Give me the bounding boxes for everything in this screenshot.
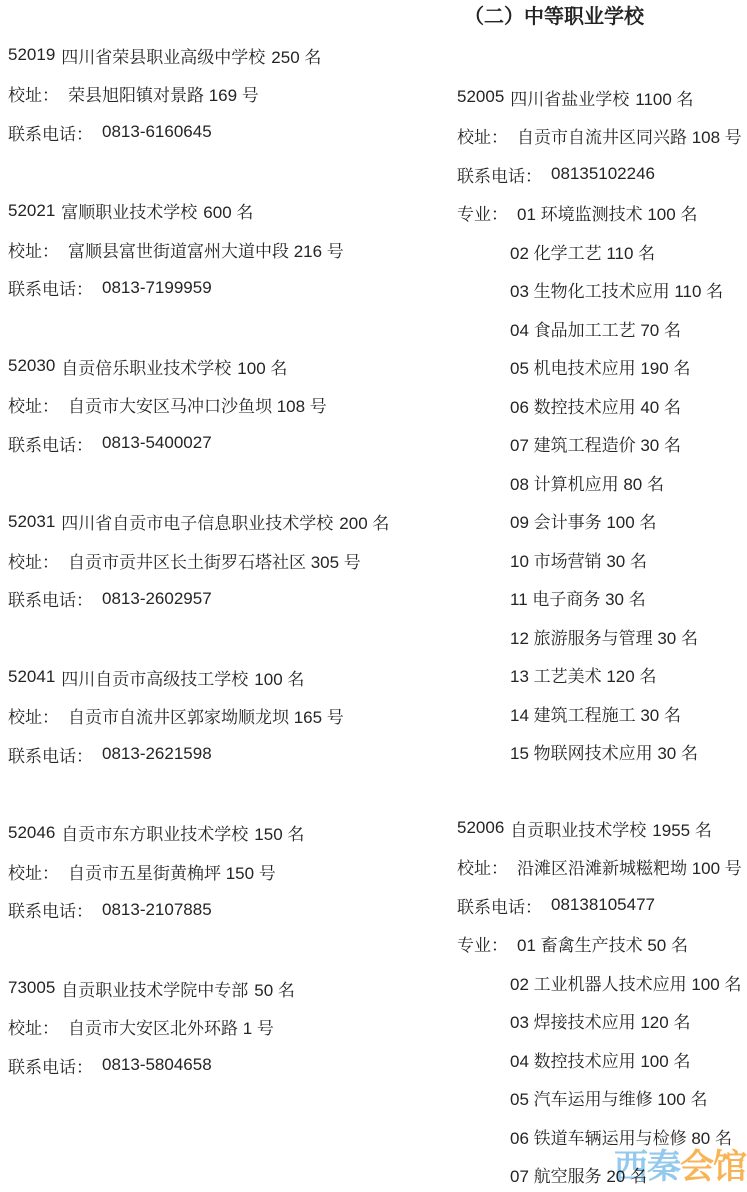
school-major-line: 14 建筑工程施工 30 名 [457,694,747,733]
address-label: 校址： [457,854,508,879]
phone-label: 联系电话： [8,431,93,456]
school-major-line: 04 食品加工工艺 70 名 [457,309,747,348]
majors-label: 专业： [457,200,508,225]
major-item: 05 汽车运用与维修 100 名 [510,1085,707,1110]
address-label: 校址： [8,548,59,573]
major-item: 05 机电技术应用 190 名 [510,354,690,379]
major-item: 04 食品加工工艺 70 名 [510,316,681,341]
school-code: 73005 [8,978,55,998]
phone-label: 联系电话： [8,120,93,145]
school-major-line: 08 计算机应用 80 名 [457,463,747,502]
school-phone: 0813-2602957 [102,589,212,609]
school-quota: 250 名 [271,43,321,68]
school-phone: 0813-6160645 [102,122,212,142]
document-page: （二）中等职业学校 52019四川省荣县职业高级中学校250 名校址：荣县旭阳镇… [0,0,747,1192]
school-block: 52005四川省盐业学校1100 名校址：自贡市自流井区同兴路 108 号联系电… [457,78,747,771]
school-phone: 0813-2107885 [102,900,212,920]
school-address-line: 校址：富顺县富世街道富州大道中段 216 号 [8,230,458,269]
school-block: 52021富顺职业技术学校600 名校址：富顺县富世街道富州大道中段 216 号… [8,192,458,308]
school-major-line: 07 建筑工程造价 30 名 [457,425,747,464]
major-item: 10 市场营销 30 名 [510,547,647,572]
school-header-line: 52005四川省盐业学校1100 名 [457,78,747,117]
major-item: 01 畜禽生产技术 50 名 [517,931,688,956]
school-major-line: 15 物联网技术应用 30 名 [457,733,747,772]
school-majors-line: 专业：01 环境监测技术 100 名 [457,194,747,233]
school-header-line: 73005自贡职业技术学院中专部50 名 [8,969,458,1008]
school-major-line: 05 机电技术应用 190 名 [457,348,747,387]
major-item: 08 计算机应用 80 名 [510,470,664,495]
school-name: 四川省自贡市电子信息职业技术学校 [61,509,333,534]
school-major-line: 03 生物化工技术应用 110 名 [457,271,747,310]
school-code: 52021 [8,201,55,221]
school-phone-line: 联系电话：0813-7199959 [8,269,458,308]
school-phone: 0813-5804658 [102,1055,212,1075]
school-major-line: 03 焊接技术应用 120 名 [457,1002,747,1041]
majors-label: 专业： [457,931,508,956]
address-label: 校址： [8,1014,59,1039]
phone-label: 联系电话： [8,275,93,300]
school-name: 自贡市东方职业技术学校 [61,820,248,845]
address-label: 校址： [8,703,59,728]
school-major-line: 13 工艺美术 120 名 [457,656,747,695]
school-address-line: 校址：自贡市大安区马冲口沙鱼坝 108 号 [8,386,458,425]
left-column: 52019四川省荣县职业高级中学校250 名校址：荣县旭阳镇对景路 169 号联… [8,36,458,1085]
school-phone-line: 联系电话：0813-6160645 [8,113,458,152]
school-header-line: 52046自贡市东方职业技术学校150 名 [8,814,458,853]
major-item: 14 建筑工程施工 30 名 [510,701,681,726]
school-address-line: 校址：自贡市五星街黄桷坪 150 号 [8,852,458,891]
phone-label: 联系电话： [8,1053,93,1078]
school-phone-line: 联系电话：08135102246 [457,155,747,194]
section-title: （二）中等职业学校 [464,1,644,33]
school-phone: 0813-5400027 [102,433,212,453]
major-item: 04 数控技术应用 100 名 [510,1047,690,1072]
phone-label: 联系电话： [8,742,93,767]
school-address: 自贡市五星街黄桷坪 150 号 [68,859,276,884]
school-block: 52030自贡倍乐职业技术学校100 名校址：自贡市大安区马冲口沙鱼坝 108 … [8,347,458,463]
major-item: 06 铁道车辆运用与检修 80 名 [510,1124,732,1149]
school-block: 73005自贡职业技术学院中专部50 名校址：自贡市大安区北外环路 1 号联系电… [8,969,458,1085]
school-code: 52019 [8,45,55,65]
phone-label: 联系电话： [457,162,542,187]
school-block: 52041四川自贡市高级技工学校100 名校址：自贡市自流井区郭家坳顺龙坝 16… [8,658,458,774]
school-quota: 600 名 [203,198,253,223]
school-address: 沿滩区沿滩新城糍粑坳 100 号 [517,854,742,879]
school-address-line: 校址：自贡市贡井区长土街罗石塔社区 305 号 [8,541,458,580]
school-name: 富顺职业技术学校 [61,198,197,223]
school-address-line: 校址：自贡市自流井区同兴路 108 号 [457,117,747,156]
school-name: 自贡职业技术学校 [510,816,646,841]
school-major-line: 11 电子商务 30 名 [457,579,747,618]
school-major-line: 02 工业机器人技术应用 100 名 [457,963,747,1002]
school-quota: 200 名 [339,509,389,534]
school-code: 52046 [8,823,55,843]
school-address: 富顺县富世街道富州大道中段 216 号 [68,237,344,262]
school-name: 四川省盐业学校 [510,85,629,110]
major-item: 03 生物化工技术应用 110 名 [510,277,723,302]
school-address: 自贡市自流井区同兴路 108 号 [517,123,742,148]
school-name: 自贡倍乐职业技术学校 [61,354,231,379]
school-phone-line: 联系电话：0813-2107885 [8,891,458,930]
school-phone-line: 联系电话：0813-2621598 [8,735,458,774]
school-major-line: 04 数控技术应用 100 名 [457,1040,747,1079]
school-address: 自贡市贡井区长土街罗石塔社区 305 号 [68,548,361,573]
school-phone-line: 联系电话：0813-5804658 [8,1046,458,1085]
school-name: 四川自贡市高级技工学校 [61,665,248,690]
school-phone: 0813-7199959 [102,278,212,298]
school-name: 自贡职业技术学院中专部 [61,976,248,1001]
school-address: 自贡市大安区马冲口沙鱼坝 108 号 [68,392,327,417]
address-label: 校址： [457,123,508,148]
school-phone: 0813-2621598 [102,744,212,764]
school-quota: 1100 名 [635,85,693,110]
school-code: 52031 [8,512,55,532]
phone-label: 联系电话： [8,897,93,922]
school-code: 52005 [457,87,504,107]
school-phone-line: 联系电话：0813-5400027 [8,424,458,463]
school-major-line: 06 数控技术应用 40 名 [457,386,747,425]
school-block: 52019四川省荣县职业高级中学校250 名校址：荣县旭阳镇对景路 169 号联… [8,36,458,152]
major-item: 09 会计事务 100 名 [510,508,656,533]
watermark: 西秦会馆 [614,1150,746,1184]
school-block: 52031四川省自贡市电子信息职业技术学校200 名校址：自贡市贡井区长土街罗石… [8,503,458,619]
phone-label: 联系电话： [457,893,542,918]
major-item: 06 数控技术应用 40 名 [510,393,681,418]
school-header-line: 52030自贡倍乐职业技术学校100 名 [8,347,458,386]
major-item: 13 工艺美术 120 名 [510,662,656,687]
phone-label: 联系电话： [8,586,93,611]
school-block: 52046自贡市东方职业技术学校150 名校址：自贡市五星街黄桷坪 150 号联… [8,814,458,930]
address-label: 校址： [8,392,59,417]
school-quota: 100 名 [254,665,304,690]
school-code: 52006 [457,818,504,838]
school-quota: 100 名 [237,354,287,379]
school-name: 四川省荣县职业高级中学校 [61,43,265,68]
school-quota: 1955 名 [652,816,712,841]
school-majors-line: 专业：01 畜禽生产技术 50 名 [457,925,747,964]
school-header-line: 52031四川省自贡市电子信息职业技术学校200 名 [8,503,458,542]
school-phone-line: 联系电话：0813-2602957 [8,580,458,619]
watermark-text-orange: 会馆 [680,1148,746,1186]
school-major-line: 02 化学工艺 110 名 [457,232,747,271]
address-label: 校址： [8,859,59,884]
school-major-line: 09 会计事务 100 名 [457,502,747,541]
major-item: 07 建筑工程造价 30 名 [510,431,681,456]
major-item: 03 焊接技术应用 120 名 [510,1008,690,1033]
watermark-text-blue: 西秦 [614,1148,680,1186]
school-address-line: 校址：自贡市大安区北外环路 1 号 [8,1008,458,1047]
school-header-line: 52019四川省荣县职业高级中学校250 名 [8,36,458,75]
school-address: 自贡市大安区北外环路 1 号 [68,1014,274,1039]
major-item: 02 工业机器人技术应用 100 名 [510,970,741,995]
school-address-line: 校址：荣县旭阳镇对景路 169 号 [8,75,458,114]
school-block: 52006自贡职业技术学校1955 名校址：沿滩区沿滩新城糍粑坳 100 号联系… [457,809,747,1192]
major-item: 15 物联网技术应用 30 名 [510,739,698,764]
major-item: 11 电子商务 30 名 [510,585,646,610]
school-quota: 150 名 [254,820,304,845]
school-code: 52030 [8,356,55,376]
school-code: 52041 [8,667,55,687]
school-major-line: 12 旅游服务与管理 30 名 [457,617,747,656]
right-column: 52005四川省盐业学校1100 名校址：自贡市自流井区同兴路 108 号联系电… [457,78,747,1192]
school-address-line: 校址：自贡市自流井区郭家坳顺龙坝 165 号 [8,697,458,736]
school-phone: 08135102246 [551,164,655,184]
school-address: 荣县旭阳镇对景路 169 号 [68,81,259,106]
school-header-line: 52041四川自贡市高级技工学校100 名 [8,658,458,697]
school-major-line: 10 市场营销 30 名 [457,540,747,579]
school-address: 自贡市自流井区郭家坳顺龙坝 165 号 [68,703,344,728]
major-item: 01 环境监测技术 100 名 [517,200,697,225]
school-phone: 08138105477 [551,895,655,915]
school-address-line: 校址：沿滩区沿滩新城糍粑坳 100 号 [457,848,747,887]
school-phone-line: 联系电话：08138105477 [457,886,747,925]
major-item: 02 化学工艺 110 名 [510,239,655,264]
school-major-line: 05 汽车运用与维修 100 名 [457,1079,747,1118]
address-label: 校址： [8,237,59,262]
address-label: 校址： [8,81,59,106]
school-header-line: 52021富顺职业技术学校600 名 [8,192,458,231]
school-quota: 50 名 [254,976,295,1001]
major-item: 12 旅游服务与管理 30 名 [510,624,698,649]
school-header-line: 52006自贡职业技术学校1955 名 [457,809,747,848]
